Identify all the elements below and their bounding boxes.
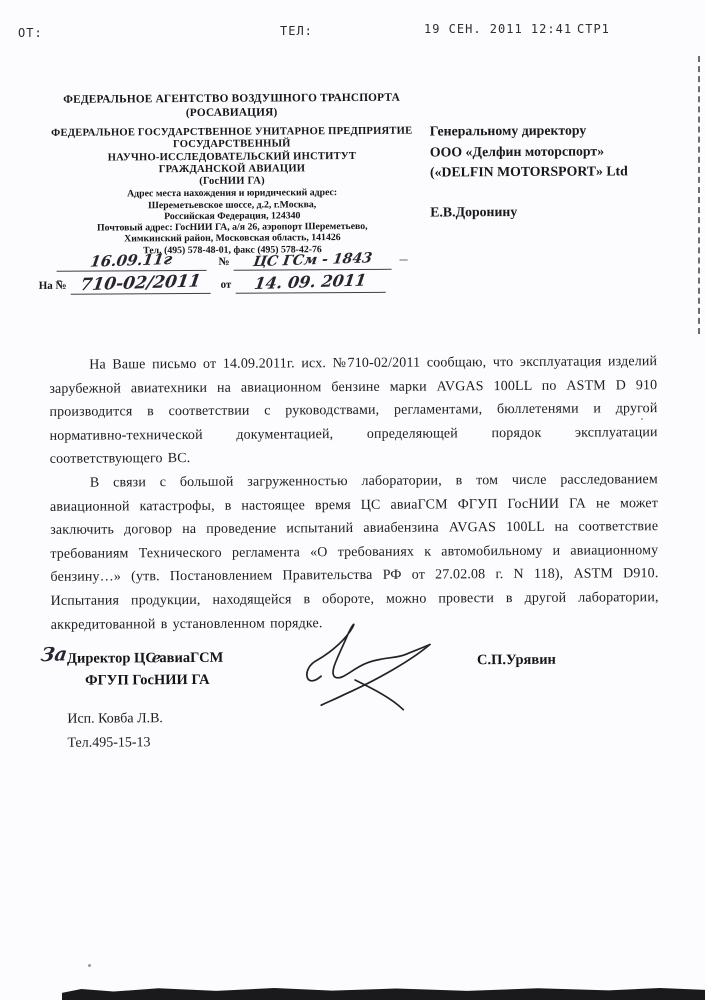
fax-page: ОТ: ТЕЛ: 19 СЕН. 2011 12:41 СТР1 ФЕДЕРАЛ…: [0, 0, 705, 1000]
letterhead: ФЕДЕРАЛЬНОЕ АГЕНТСТВО ВОЗДУШНОГО ТРАНСПО…: [44, 92, 421, 257]
handwritten-incoming-date: 14. 09. 2011: [253, 270, 368, 293]
signer-name: С.П.Урявин: [477, 652, 556, 669]
letter-body: На Ваше письмо от 14.09.2011г. исх. №710…: [49, 350, 659, 637]
scan-speck: [641, 418, 643, 420]
addressee-position: Генеральному директору: [430, 120, 695, 142]
letterhead-org-line: ГРАЖДАНСКОЙ АВИАЦИИ: [159, 163, 306, 176]
addressee-company-ru: ООО «Делфин моторспорт»: [430, 140, 695, 162]
handwritten-za-mark: За: [39, 643, 68, 666]
letterhead-agency-short: (РОСАВИАЦИЯ): [186, 106, 278, 120]
signer-title: Директор ЦС авиаГСМ ФГУП ГосНИИ ГА: [67, 647, 224, 692]
letterhead-agency-name: ФЕДЕРАЛЬНОЕ АГЕНТСТВО ВОЗДУШНОГО ТРАНСПО…: [63, 92, 400, 108]
signer-title-line1: Директор ЦС авиаГСМ: [67, 647, 223, 670]
letterhead-org-line: ГОСУДАРСТВЕННЫЙ: [173, 139, 291, 152]
signature-mark: [299, 617, 465, 718]
addressee-block: Генеральному директору ООО «Делфин мотор…: [430, 120, 696, 223]
from-date-label: от: [221, 279, 232, 291]
letter-content: ФЕДЕРАЛЬНОЕ АГЕНТСТВО ВОЗДУШНОГО ТРАНСПО…: [0, 0, 705, 1000]
handwritten-outgoing-number: ЦС ГСм - 1843: [252, 250, 373, 270]
addressee-company-en: («DELFIN MOTORSPORT» Ltd: [430, 161, 695, 183]
executor-phone: Тел.495-15-13: [67, 731, 163, 756]
handwritten-outgoing-date: 16.09.11г: [89, 250, 173, 271]
body-paragraph-1: На Ваше письмо от 14.09.2011г. исх. №710…: [49, 350, 658, 472]
executor-block: Исп. Ковба Л.В. Тел.495-15-13: [67, 707, 163, 756]
incoming-number-label: На №: [39, 280, 67, 292]
handwritten-incoming-number: 710-02/2011: [79, 271, 202, 295]
letterhead-org-line: НАУЧНО-ИССЛЕДОВАТЕЛЬСКИЙ ИНСТИТУТ: [108, 151, 357, 165]
body-paragraph-2: В связи с большой загруженностью лаборат…: [50, 468, 659, 637]
reference-line-incoming: На № 710-02/2011от14. 09. 2011: [39, 272, 419, 295]
number-label: №: [219, 256, 230, 268]
addressee-person: Е.В.Доронину: [430, 200, 695, 222]
scan-speck: [88, 964, 91, 967]
letterhead-address-line: Российская Федерация, 124340: [164, 210, 300, 222]
executor-name: Исп. Ковба Л.В.: [67, 707, 163, 732]
signer-title-line2: ФГУП ГосНИИ ГА: [67, 669, 223, 692]
letterhead-org-line: (ГосНИИ ГА): [199, 176, 265, 189]
